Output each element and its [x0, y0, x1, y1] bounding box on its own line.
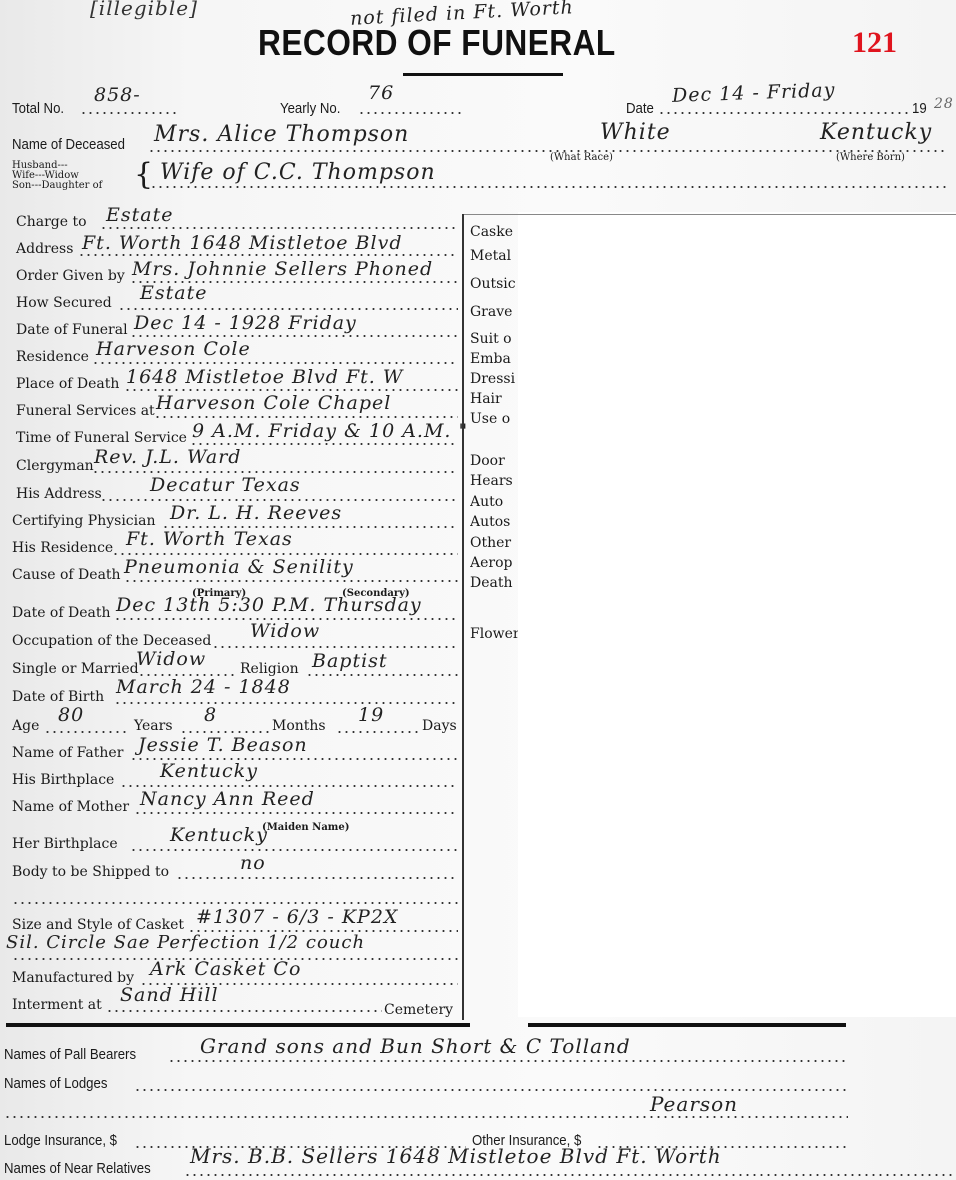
mother-birthplace-line: [130, 849, 458, 851]
interment-label: Interment at: [12, 997, 102, 1013]
age-months-value: 8: [204, 704, 217, 726]
field-label-cause-of-death: Cause of Death: [12, 567, 121, 583]
shipping-line: [176, 877, 458, 879]
field-line-place-of-death: [124, 389, 458, 391]
yearly-no-label: Yearly No.: [280, 100, 340, 117]
right-label-embalming: Emba: [470, 351, 518, 367]
born-caption: (Where Born): [836, 152, 905, 163]
blank-line: [12, 902, 458, 904]
field-label-date-of-death: Date of Death: [12, 605, 111, 621]
field-label-date-of-funeral: Date of Funeral: [16, 322, 128, 338]
field-line-date-of-funeral: [130, 335, 458, 337]
field-label-clergyman: Clergyman: [16, 458, 94, 474]
field-line-time-of-funeral-service: [190, 443, 458, 445]
shipping-label: Body to be Shipped to: [12, 864, 169, 880]
father-birthplace-line: [120, 785, 458, 787]
field-value-address: Ft. Worth 1648 Mistletoe Blvd: [82, 232, 403, 254]
interment-value: Sand Hill: [120, 984, 219, 1006]
right-label-auto: Auto: [470, 494, 518, 510]
pall-bearers-line: [168, 1060, 848, 1062]
age-label: Age: [12, 718, 39, 734]
page-number: 121: [852, 26, 897, 60]
date-line: [658, 112, 910, 114]
total-no-line: [80, 112, 180, 114]
field-value-date-of-funeral: Dec 14 - 1928 Friday: [134, 312, 357, 334]
age-months-line: [180, 731, 270, 733]
birth-label: Date of Birth: [12, 689, 104, 705]
right-label-door: Door: [470, 453, 518, 469]
casket-size-label: Size and Style of Casket: [12, 917, 184, 933]
right-box-top: [464, 214, 956, 215]
field-label-how-secured: How Secured: [16, 295, 112, 311]
casket-size-value: #1307 - 6/3 - KP2X: [196, 906, 398, 928]
right-label-hearse: Hears: [470, 473, 518, 489]
right-label-dressing: Dressi: [470, 371, 518, 387]
age-years-value: 80: [58, 704, 84, 726]
field-line-how-secured: [118, 308, 458, 310]
birth-line: [114, 702, 458, 704]
yearly-no-line: [358, 112, 462, 114]
field-label-time-of-funeral-service: Time of Funeral Service: [16, 430, 187, 446]
field-line-charge-to: [100, 227, 458, 229]
right-label-aeroplane: Aerop: [470, 555, 518, 571]
field-value-charge-to: Estate: [106, 204, 173, 226]
name-line: [148, 150, 948, 152]
field-line-address: [78, 254, 458, 256]
relation-value: Wife of C.C. Thompson: [160, 160, 436, 185]
age-days-value: 19: [358, 704, 384, 726]
field-label-his-residence: His Residence: [12, 540, 113, 556]
manufacturer-label: Manufactured by: [12, 970, 134, 986]
maiden-caption: (Maiden Name): [262, 822, 349, 833]
name-label: Name of Deceased: [12, 136, 125, 153]
age-days-line: [336, 731, 420, 733]
date-value: Dec 14 - Friday: [672, 79, 836, 107]
born-value: Kentucky: [820, 120, 932, 145]
shipping-value: no: [240, 852, 266, 874]
field-value-order-given-by: Mrs. Johnnie Sellers Phoned: [132, 258, 433, 280]
field-value-date-of-death: Dec 13th 5:30 P.M. Thursday: [116, 594, 422, 616]
name-value: Mrs. Alice Thompson: [154, 122, 409, 147]
right-label-use: Use o: [470, 411, 518, 427]
field-value-certifying-physician: Dr. L. H. Reeves: [170, 502, 342, 524]
right-label-flowers: Flower: [470, 626, 518, 642]
lodges-label: Names of Lodges: [4, 1075, 107, 1092]
field-line-his-address: [100, 499, 458, 501]
cemetery-label: Cemetery: [384, 1002, 453, 1018]
religion-label: Religion: [240, 661, 299, 677]
field-line-clergyman: [92, 471, 458, 473]
relatives-value: Mrs. B.B. Sellers 1648 Mistletoe Blvd Ft…: [190, 1144, 722, 1168]
blank-region: [518, 212, 956, 1017]
total-no-label: Total No.: [12, 100, 64, 117]
religion-line: [306, 674, 458, 676]
mother-line: [134, 812, 458, 814]
father-birthplace-label: His Birthplace: [12, 772, 114, 788]
mother-value: Nancy Ann Reed: [140, 788, 315, 810]
right-label-suit: Suit o: [470, 331, 518, 347]
pall-bearers-label: Names of Pall Bearers: [4, 1046, 136, 1063]
right-label-grave: Grave: [470, 304, 518, 320]
year-suffix: 28: [934, 96, 954, 112]
field-value-his-address: Decatur Texas: [150, 474, 301, 496]
separator-left: [6, 1023, 470, 1027]
page-title: RECORD OF FUNERAL: [258, 22, 616, 64]
father-label: Name of Father: [12, 745, 123, 761]
manufacturer-value: Ark Casket Co: [150, 958, 301, 980]
relatives-line: [184, 1174, 956, 1176]
field-label-occupation: Occupation of the Deceased: [12, 633, 211, 649]
pall-bearers-value: Grand sons and Bun Short & C Tolland: [200, 1034, 631, 1058]
field-label-residence: Residence: [16, 349, 89, 365]
field-label-address: Address: [16, 241, 73, 257]
field-label-funeral-services-at: Funeral Services at: [16, 403, 155, 419]
column-divider: [462, 214, 464, 1020]
total-no-value: 858-: [94, 84, 141, 106]
field-value-cause-of-death: Pneumonia & Senility: [124, 556, 354, 578]
father-birthplace-value: Kentucky: [160, 760, 258, 782]
lodges-line: [134, 1089, 848, 1091]
year-prefix: 19: [912, 100, 927, 117]
birth-value: March 24 - 1848: [116, 676, 291, 698]
field-value-clergyman: Rev. J.L. Ward: [94, 446, 241, 468]
field-value-his-residence: Ft. Worth Texas: [126, 528, 293, 550]
relatives-label: Names of Near Relatives: [4, 1160, 151, 1177]
field-value-time-of-funeral-service: 9 A.M. Friday & 10 A.M. ": [192, 420, 468, 442]
race-caption: (What Race): [550, 152, 613, 163]
field-value-residence: Harveson Cole: [96, 338, 251, 360]
marital-value: Widow: [136, 648, 206, 670]
marital-label: Single or Married: [12, 661, 139, 677]
age-days-label: Days: [422, 718, 457, 734]
field-line-residence: [92, 362, 458, 364]
father-value: Jessie T. Beason: [138, 734, 308, 756]
field-label-order-given-by: Order Given by: [16, 268, 125, 284]
lodges-extra: Pearson: [650, 1092, 738, 1116]
field-line-cause-of-death: [124, 580, 458, 582]
right-label-outside: Outsic: [470, 276, 518, 292]
mother-birthplace-value: Kentucky: [170, 824, 268, 846]
age-months-label: Months: [272, 718, 326, 734]
lodges-line-2: [4, 1116, 848, 1118]
field-value-occupation: Widow: [250, 620, 320, 642]
field-value-funeral-services-at: Harveson Cole Chapel: [156, 392, 391, 414]
right-label-other: Other: [470, 535, 518, 551]
age-years-line: [44, 731, 128, 733]
religion-value: Baptist: [312, 650, 388, 672]
race-value: White: [600, 120, 671, 145]
field-value-place-of-death: 1648 Mistletoe Blvd Ft. W: [126, 366, 403, 388]
yearly-no-value: 76: [368, 82, 394, 104]
right-label-metal: Metal: [470, 248, 518, 264]
right-label-death: Death: [470, 575, 518, 591]
field-value-how-secured: Estate: [140, 282, 207, 304]
field-label-his-address: His Address: [16, 486, 102, 502]
top-scribble: [illegible]: [90, 0, 198, 20]
mother-birthplace-label: Her Birthplace: [12, 836, 118, 852]
title-underline: [403, 73, 563, 76]
field-label-place-of-death: Place of Death: [16, 376, 119, 392]
field-line-occupation: [212, 646, 458, 648]
date-label: Date: [626, 100, 654, 117]
funeral-record-page: [illegible] not filed in Ft. Worth RECOR…: [0, 0, 956, 1180]
interment-line: [106, 1010, 382, 1012]
right-label-casket: Caske: [470, 224, 518, 240]
age-years-label: Years: [134, 718, 173, 734]
right-label-autos: Autos: [470, 514, 518, 530]
relation-label-3: Son---Daughter of: [12, 180, 102, 191]
casket-style-value: Sil. Circle Sae Perfection 1/2 couch: [6, 932, 365, 953]
field-label-charge-to: Charge to: [16, 214, 87, 230]
separator-right: [528, 1023, 846, 1027]
lodge-insurance-label: Lodge Insurance, $: [4, 1132, 117, 1149]
mother-label: Name of Mother: [12, 799, 129, 815]
right-label-hair: Hair: [470, 391, 518, 407]
field-label-certifying-physician: Certifying Physician: [12, 513, 155, 529]
field-line-his-residence: [112, 553, 458, 555]
relation-line: [150, 186, 950, 188]
field-line-funeral-services-at: [154, 416, 458, 418]
